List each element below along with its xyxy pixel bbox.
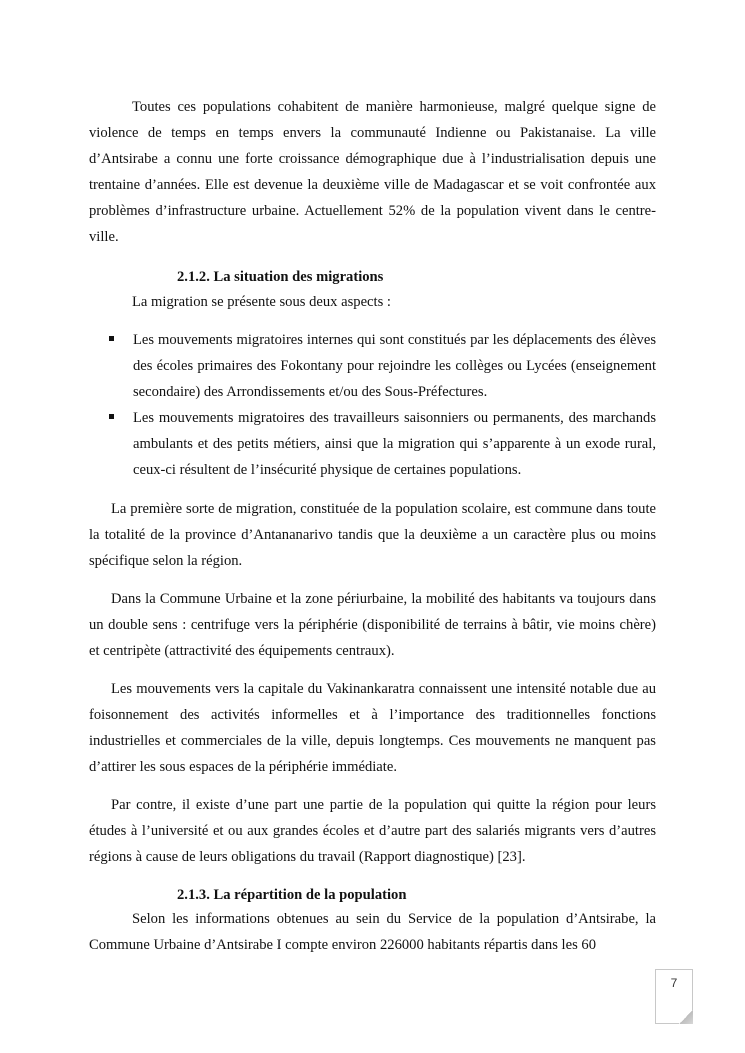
paragraph-text: Par contre, il existe d’une part une par… xyxy=(89,792,656,870)
document-page: Toutes ces populations cohabitent de man… xyxy=(0,0,745,1053)
paragraph-text: La première sorte de migration, constitu… xyxy=(89,496,656,574)
page-number-box: 7 xyxy=(655,969,693,1024)
paragraph-text: Dans la Commune Urbaine et la zone périu… xyxy=(89,586,656,664)
bullet-list: Les mouvements migratoires internes qui … xyxy=(89,327,656,483)
bullet-text: Les mouvements migratoires des travaille… xyxy=(133,410,656,478)
paragraph-vakinankaratra: Les mouvements vers la capitale du Vakin… xyxy=(89,676,656,780)
square-bullet-icon xyxy=(109,414,114,419)
bullet-text: Les mouvements migratoires internes qui … xyxy=(133,332,656,400)
migration-intro: La migration se présente sous deux aspec… xyxy=(132,292,391,312)
paragraph-cohabitation: Toutes ces populations cohabitent de man… xyxy=(89,94,656,250)
paragraph-text: Les mouvements vers la capitale du Vakin… xyxy=(89,676,656,780)
square-bullet-icon xyxy=(109,336,114,341)
page-curl-icon xyxy=(679,1010,693,1024)
heading-2-1-3: 2.1.3. La répartition de la population xyxy=(177,885,406,905)
paragraph-text: Selon les informations obtenues au sein … xyxy=(89,906,656,958)
paragraph-text: Toutes ces populations cohabitent de man… xyxy=(89,94,656,250)
paragraph-urban-mobility: Dans la Commune Urbaine et la zone périu… xyxy=(89,586,656,664)
paragraph-outmigration: Par contre, il existe d’une part une par… xyxy=(89,792,656,870)
paragraph-population-distribution: Selon les informations obtenues au sein … xyxy=(89,906,656,958)
paragraph-first-migration: La première sorte de migration, constitu… xyxy=(89,496,656,574)
heading-2-1-2: 2.1.2. La situation des migrations xyxy=(177,267,383,287)
page-number: 7 xyxy=(656,976,692,990)
bullet-item: Les mouvements migratoires internes qui … xyxy=(89,327,656,405)
bullet-item: Les mouvements migratoires des travaille… xyxy=(89,405,656,483)
